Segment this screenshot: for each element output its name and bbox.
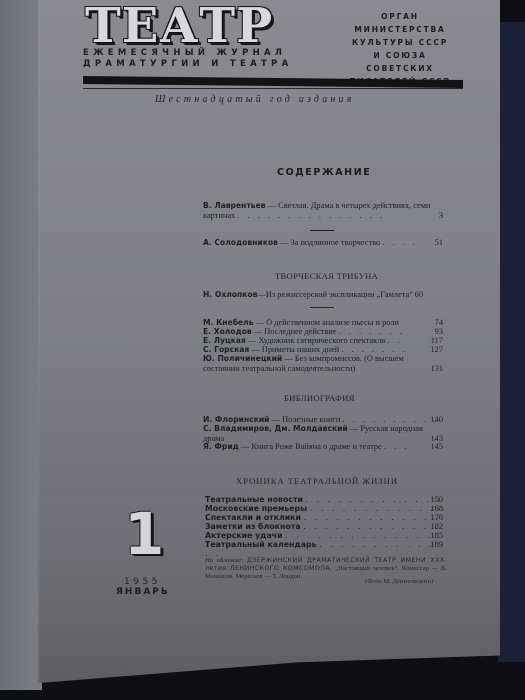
cover-label: На обложке: [205, 557, 243, 564]
photo-credit: (Фото М. Денитовского) [365, 578, 433, 585]
leader-dots: . . . [384, 442, 409, 451]
toc-page: 145 [430, 442, 443, 452]
toc-author: С. Горская [203, 345, 249, 354]
toc-title: Московские премьеры [205, 504, 307, 513]
toc-page: 3 [439, 211, 443, 221]
toc-entry: А. Солодовников — За подлинное творчеств… [203, 238, 443, 248]
toc-title: Заметки из блокнота [205, 522, 301, 531]
toc-author: Е. Луцкая [203, 336, 246, 345]
toc-title: Полезные книги [282, 415, 340, 424]
toc-author: И. Флоринский [203, 415, 270, 424]
toc-entry: В. Лаврентьев — Светлая. Драма в четырех… [203, 201, 443, 220]
subtitle-line-2: ДРАМАТУРГИИ И ТЕАТРА [83, 59, 298, 70]
section-heading: БИБЛИОГРАФИЯ [284, 393, 355, 403]
toc-page: 131 [430, 364, 443, 374]
background-surface [498, 22, 525, 662]
issue-month: ЯНВАРЬ [116, 587, 170, 597]
toc-title: Книга Роже Вайяна о драме и театре [251, 442, 381, 451]
toc-page: 140 [430, 415, 443, 425]
toc-page: 150 [430, 495, 443, 504]
toc-title: Приметы наших дней [262, 345, 339, 354]
toc-author: Ю. Поличинецкий [203, 354, 282, 363]
toc-author: С. Владимиров, Дм. Молдавский [203, 424, 348, 433]
organ-line: ОРГАН [340, 10, 460, 23]
toc-entry: С. Владимиров, Дм. Молдавский — Русская … [203, 424, 428, 443]
toc-page: 168 [430, 504, 443, 513]
leader-dots: . . . . [382, 238, 418, 247]
toc-title: Из режиссерской экспликации „Гамлета“ [266, 290, 413, 299]
toc-entry: Ю. Поличинецкий — Без компромиссов. (О в… [203, 354, 433, 373]
masthead-rule-thin [83, 88, 463, 89]
toc-title: Театральные новости [205, 495, 303, 504]
section-divider [310, 230, 334, 231]
contents-heading: СОДЕРЖАНИЕ [277, 167, 371, 178]
section-divider [310, 307, 334, 308]
toc-author: А. Солодовников [203, 238, 278, 247]
toc-title: За подлинное творчество [290, 238, 380, 247]
organ-line: МИНИСТЕРСТВА [340, 23, 460, 36]
subtitle-line-1: ЕЖЕМЕСЯЧНЫЙ ЖУРНАЛ [83, 48, 298, 59]
issue-number: 1 [124, 505, 164, 563]
toc-page: 60 [415, 290, 423, 300]
toc-title: Театральный календарь [205, 540, 317, 549]
section-heading: ТВОРЧЕСКАЯ ТРИБУНА [275, 271, 378, 281]
toc-title: Художник сатирического спектакля [258, 336, 385, 345]
leader-dots: . . [387, 336, 402, 345]
toc-author: М. Кнебель [203, 318, 254, 327]
issue-year: 1955 [124, 577, 161, 587]
toc-title: Последнее действие [264, 327, 336, 336]
leader-dots: . . . . . . . . . . [342, 415, 439, 424]
magazine-subtitle: ЕЖЕМЕСЯЧНЫЙ ЖУРНАЛ ДРАМАТУРГИИ И ТЕАТРА [83, 48, 298, 70]
cover-play: „Настоящий человек“. [335, 565, 399, 572]
toc-page: 189 [430, 540, 443, 549]
toc-page: 182 [430, 522, 443, 531]
organ-line: КУЛЬТУРЫ СССР [340, 36, 460, 49]
publisher-organ-block: ОРГАН МИНИСТЕРСТВА КУЛЬТУРЫ СССР И СОЮЗА… [340, 10, 460, 88]
toc-author: В. Лаврентьев [203, 201, 266, 210]
section-heading: ХРОНИКА ТЕАТРАЛЬНОЙ ЖИЗНИ [236, 476, 398, 486]
previous-page-edge [0, 0, 42, 690]
toc-entry: Я. Фрид — Книга Роже Вайяна о драме и те… [203, 442, 443, 452]
toc-title: Актерские удачи [205, 531, 283, 540]
magazine-title: ТЕАТР [85, 2, 273, 50]
toc-page: 51 [435, 238, 443, 248]
toc-page: 176 [430, 513, 443, 522]
organ-line: СОВЕТСКИХ [340, 62, 460, 75]
toc-author: Я. Фрид [203, 442, 239, 451]
toc-title: Спектакли и отклики [205, 513, 301, 522]
organ-line: И СОЮЗА [340, 49, 460, 62]
publication-year-line: Шестнадцатый год издания [155, 94, 355, 105]
toc-entry: Театральный календарь . . . . . . . . . … [205, 540, 443, 558]
toc-page: 185 [430, 531, 443, 540]
leader-dots: . . . . . . . [339, 327, 405, 336]
leader-dots: . . . . . . . . . . . . . . . [237, 211, 385, 220]
toc-entry: Н. Охлопков—Из режиссерской экспликации … [203, 290, 443, 300]
leader-dots: . . . . . . . [341, 345, 407, 354]
toc-title: О действенном анализе пьесы и роли [266, 318, 399, 327]
toc-author: Н. Охлопков [203, 290, 257, 299]
toc-author: Е. Холодов [203, 327, 252, 336]
